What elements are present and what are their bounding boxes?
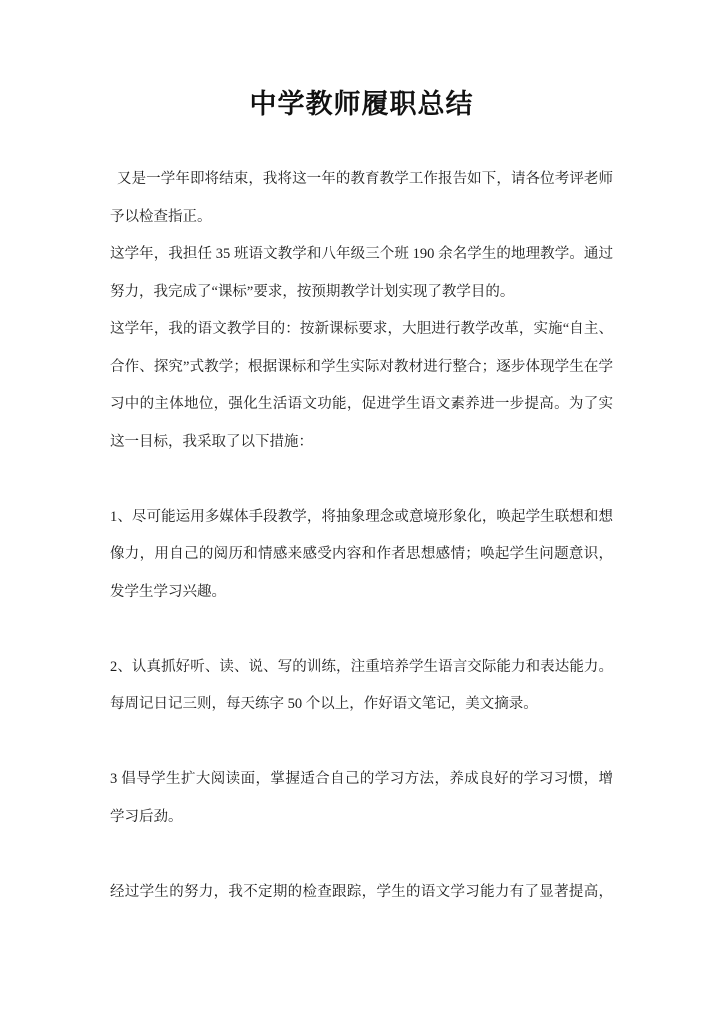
document-title: 中学教师履职总结 (110, 84, 613, 124)
paragraph: 这学年，我的语文教学目的：按新课标要求，大胆进行教学改革，实施“自主、合作、探究… (110, 311, 613, 461)
document-line: 习中的主体地位，强化生活语文功能，促进学生语文素养进一步提高。为了实现 (110, 386, 613, 424)
document-line: 每周记日记三则，每天练字 50 个以上，作好语文笔记，美文摘录。 (110, 686, 613, 724)
paragraph: 又是一学年即将结束，我将这一年的教育教学工作报告如下，请各位考评老师予以检查指正… (110, 161, 613, 236)
document-line: 3 倡导学生扩大阅读面，掌握适合自己的学习方法，养成良好的学习习惯，增强 (110, 761, 613, 799)
document-line: 发学生学习兴趣。 (110, 574, 613, 612)
document-line: 这一目标，我采取了以下措施： (110, 424, 613, 462)
document-line: 1、尽可能运用多媒体手段教学，将抽象理念或意境形象化，唤起学生联想和想 (110, 499, 613, 537)
paragraph: 1、尽可能运用多媒体手段教学，将抽象理念或意境形象化，唤起学生联想和想像力，用自… (110, 499, 613, 612)
paragraph: 这学年，我担任 35 班语文教学和八年级三个班 190 余名学生的地理教学。通过… (110, 236, 613, 311)
document-body: 又是一学年即将结束，我将这一年的教育教学工作报告如下，请各位考评老师予以检查指正… (110, 161, 613, 911)
document-line: 予以检查指正。 (110, 199, 613, 237)
document-line: 这学年，我担任 35 班语文教学和八年级三个班 190 余名学生的地理教学。通过 (110, 236, 613, 274)
document-line: 又是一学年即将结束，我将这一年的教育教学工作报告如下，请各位考评老师 (110, 161, 613, 199)
document-line: 学习后劲。 (110, 799, 613, 837)
paragraph: 经过学生的努力，我不定期的检查跟踪，学生的语文学习能力有了显著提高，对 (110, 874, 613, 912)
document-page: 中学教师履职总结 又是一学年即将结束，我将这一年的教育教学工作报告如下，请各位考… (0, 0, 721, 1020)
paragraph: 2、认真抓好听、读、说、写的训练，注重培养学生语言交际能力和表达能力。每周记日记… (110, 649, 613, 724)
paragraph: 3 倡导学生扩大阅读面，掌握适合自己的学习方法，养成良好的学习习惯，增强学习后劲… (110, 761, 613, 836)
document-line: 经过学生的努力，我不定期的检查跟踪，学生的语文学习能力有了显著提高，对 (110, 874, 613, 912)
document-line: 这学年，我的语文教学目的：按新课标要求，大胆进行教学改革，实施“自主、 (110, 311, 613, 349)
document-line: 合作、探究”式教学；根据课标和学生实际对教材进行整合；逐步体现学生在学 (110, 349, 613, 387)
document-line: 像力，用自己的阅历和情感来感受内容和作者思想感情；唤起学生问题意识，激 (110, 536, 613, 574)
document-line: 2、认真抓好听、读、说、写的训练，注重培养学生语言交际能力和表达能力。 (110, 649, 613, 687)
document-content: 中学教师履职总结 又是一学年即将结束，我将这一年的教育教学工作报告如下，请各位考… (110, 84, 613, 911)
document-line: 努力，我完成了“课标”要求，按预期教学计划实现了教学目的。 (110, 274, 613, 312)
